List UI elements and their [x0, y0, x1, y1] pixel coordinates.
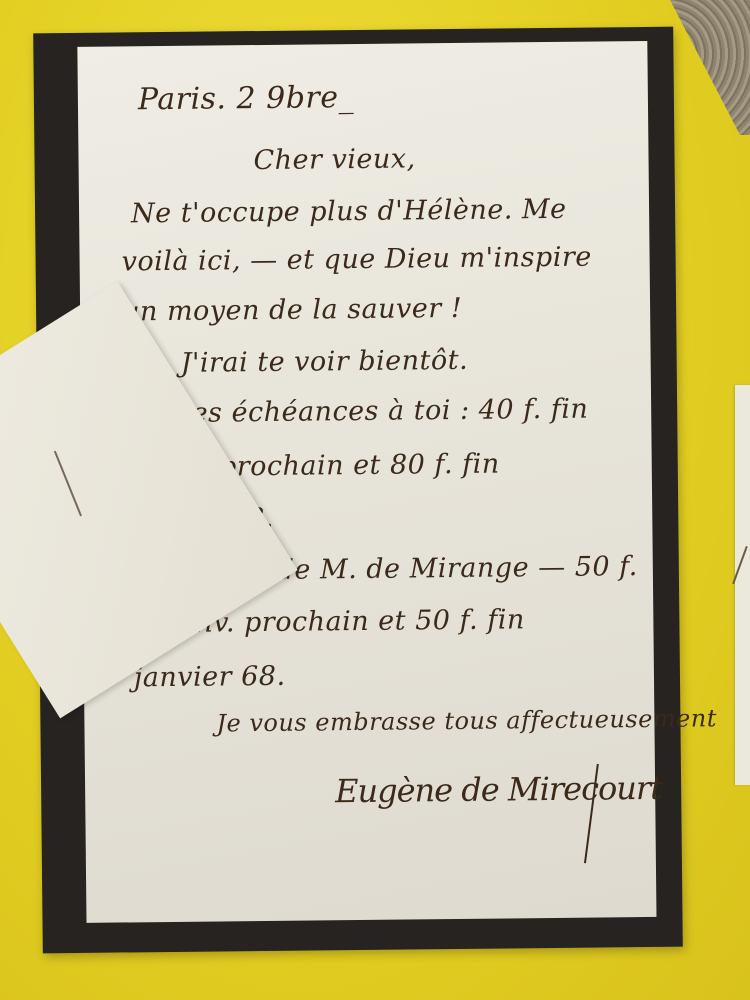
- body-line-5: Les échéances à toi : 40 f. fin: [173, 394, 588, 429]
- body-line-1: Ne t'occupe plus d'Hélène. Me: [131, 194, 567, 230]
- body-line-10: janvier 68.: [134, 661, 286, 694]
- body-line-3: un moyen de la sauver !: [122, 293, 462, 328]
- salutation: Cher vieux,: [253, 143, 415, 176]
- right-paper-sheet: [735, 385, 750, 785]
- ink-stroke: [54, 451, 82, 517]
- ink-stroke: [732, 546, 747, 584]
- signature: Eugène de Mirecourt: [335, 769, 662, 810]
- body-line-2: voilà ici, — et que Dieu m'inspire: [121, 242, 591, 278]
- dateline: Paris. 2 9bre_: [138, 80, 354, 117]
- closing: Je vous embrasse tous affectueusement: [216, 704, 717, 737]
- body-line-4: J'irai te voir bientôt.: [181, 345, 469, 379]
